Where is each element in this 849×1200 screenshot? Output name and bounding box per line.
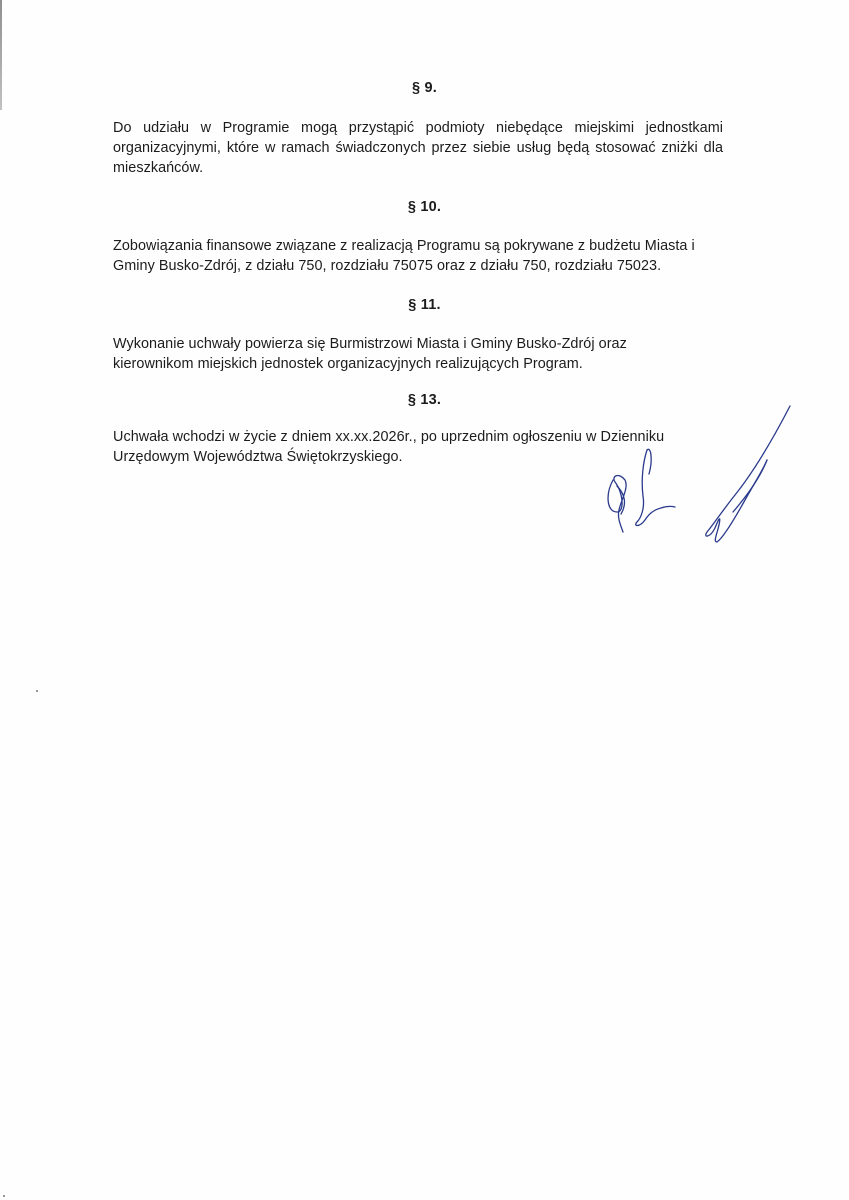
section-11-line-2: kierownikom miejskich jednostek organiza… bbox=[113, 354, 627, 374]
section-10-line-2: Gminy Busko-Zdrój, z działu 750, rozdzia… bbox=[113, 256, 695, 276]
section-13-text: Uchwała wchodzi w życie z dniem xx.xx.20… bbox=[113, 427, 664, 467]
handwritten-signature-icon bbox=[595, 400, 805, 550]
section-11-line-1: Wykonanie uchwały powierza się Burmistrz… bbox=[113, 334, 627, 354]
section-9-line-3: mieszkańców. bbox=[113, 158, 723, 178]
section-10-text: Zobowiązania finansowe związane z realiz… bbox=[113, 236, 695, 276]
section-11-heading: § 11. bbox=[0, 297, 849, 313]
scan-speck bbox=[36, 690, 38, 692]
section-10-line-1: Zobowiązania finansowe związane z realiz… bbox=[113, 236, 695, 256]
section-13-line-1: Uchwała wchodzi w życie z dniem xx.xx.20… bbox=[113, 427, 664, 447]
section-9-text: Do udziału w Programie mogą przystąpić p… bbox=[113, 118, 723, 178]
section-10-heading: § 10. bbox=[0, 199, 849, 215]
section-9-heading: § 9. bbox=[0, 80, 849, 96]
section-11-text: Wykonanie uchwały powierza się Burmistrz… bbox=[113, 334, 627, 374]
section-9-line-1: Do udziału w Programie mogą przystąpić p… bbox=[113, 118, 723, 138]
section-9-line-2: organizacyjnymi, które w ramach świadczo… bbox=[113, 138, 723, 158]
document-page: § 9. Do udziału w Programie mogą przystą… bbox=[0, 0, 849, 1200]
section-13-line-2: Urzędowym Województwa Świętokrzyskiego. bbox=[113, 447, 664, 467]
scan-speck bbox=[3, 1195, 5, 1197]
